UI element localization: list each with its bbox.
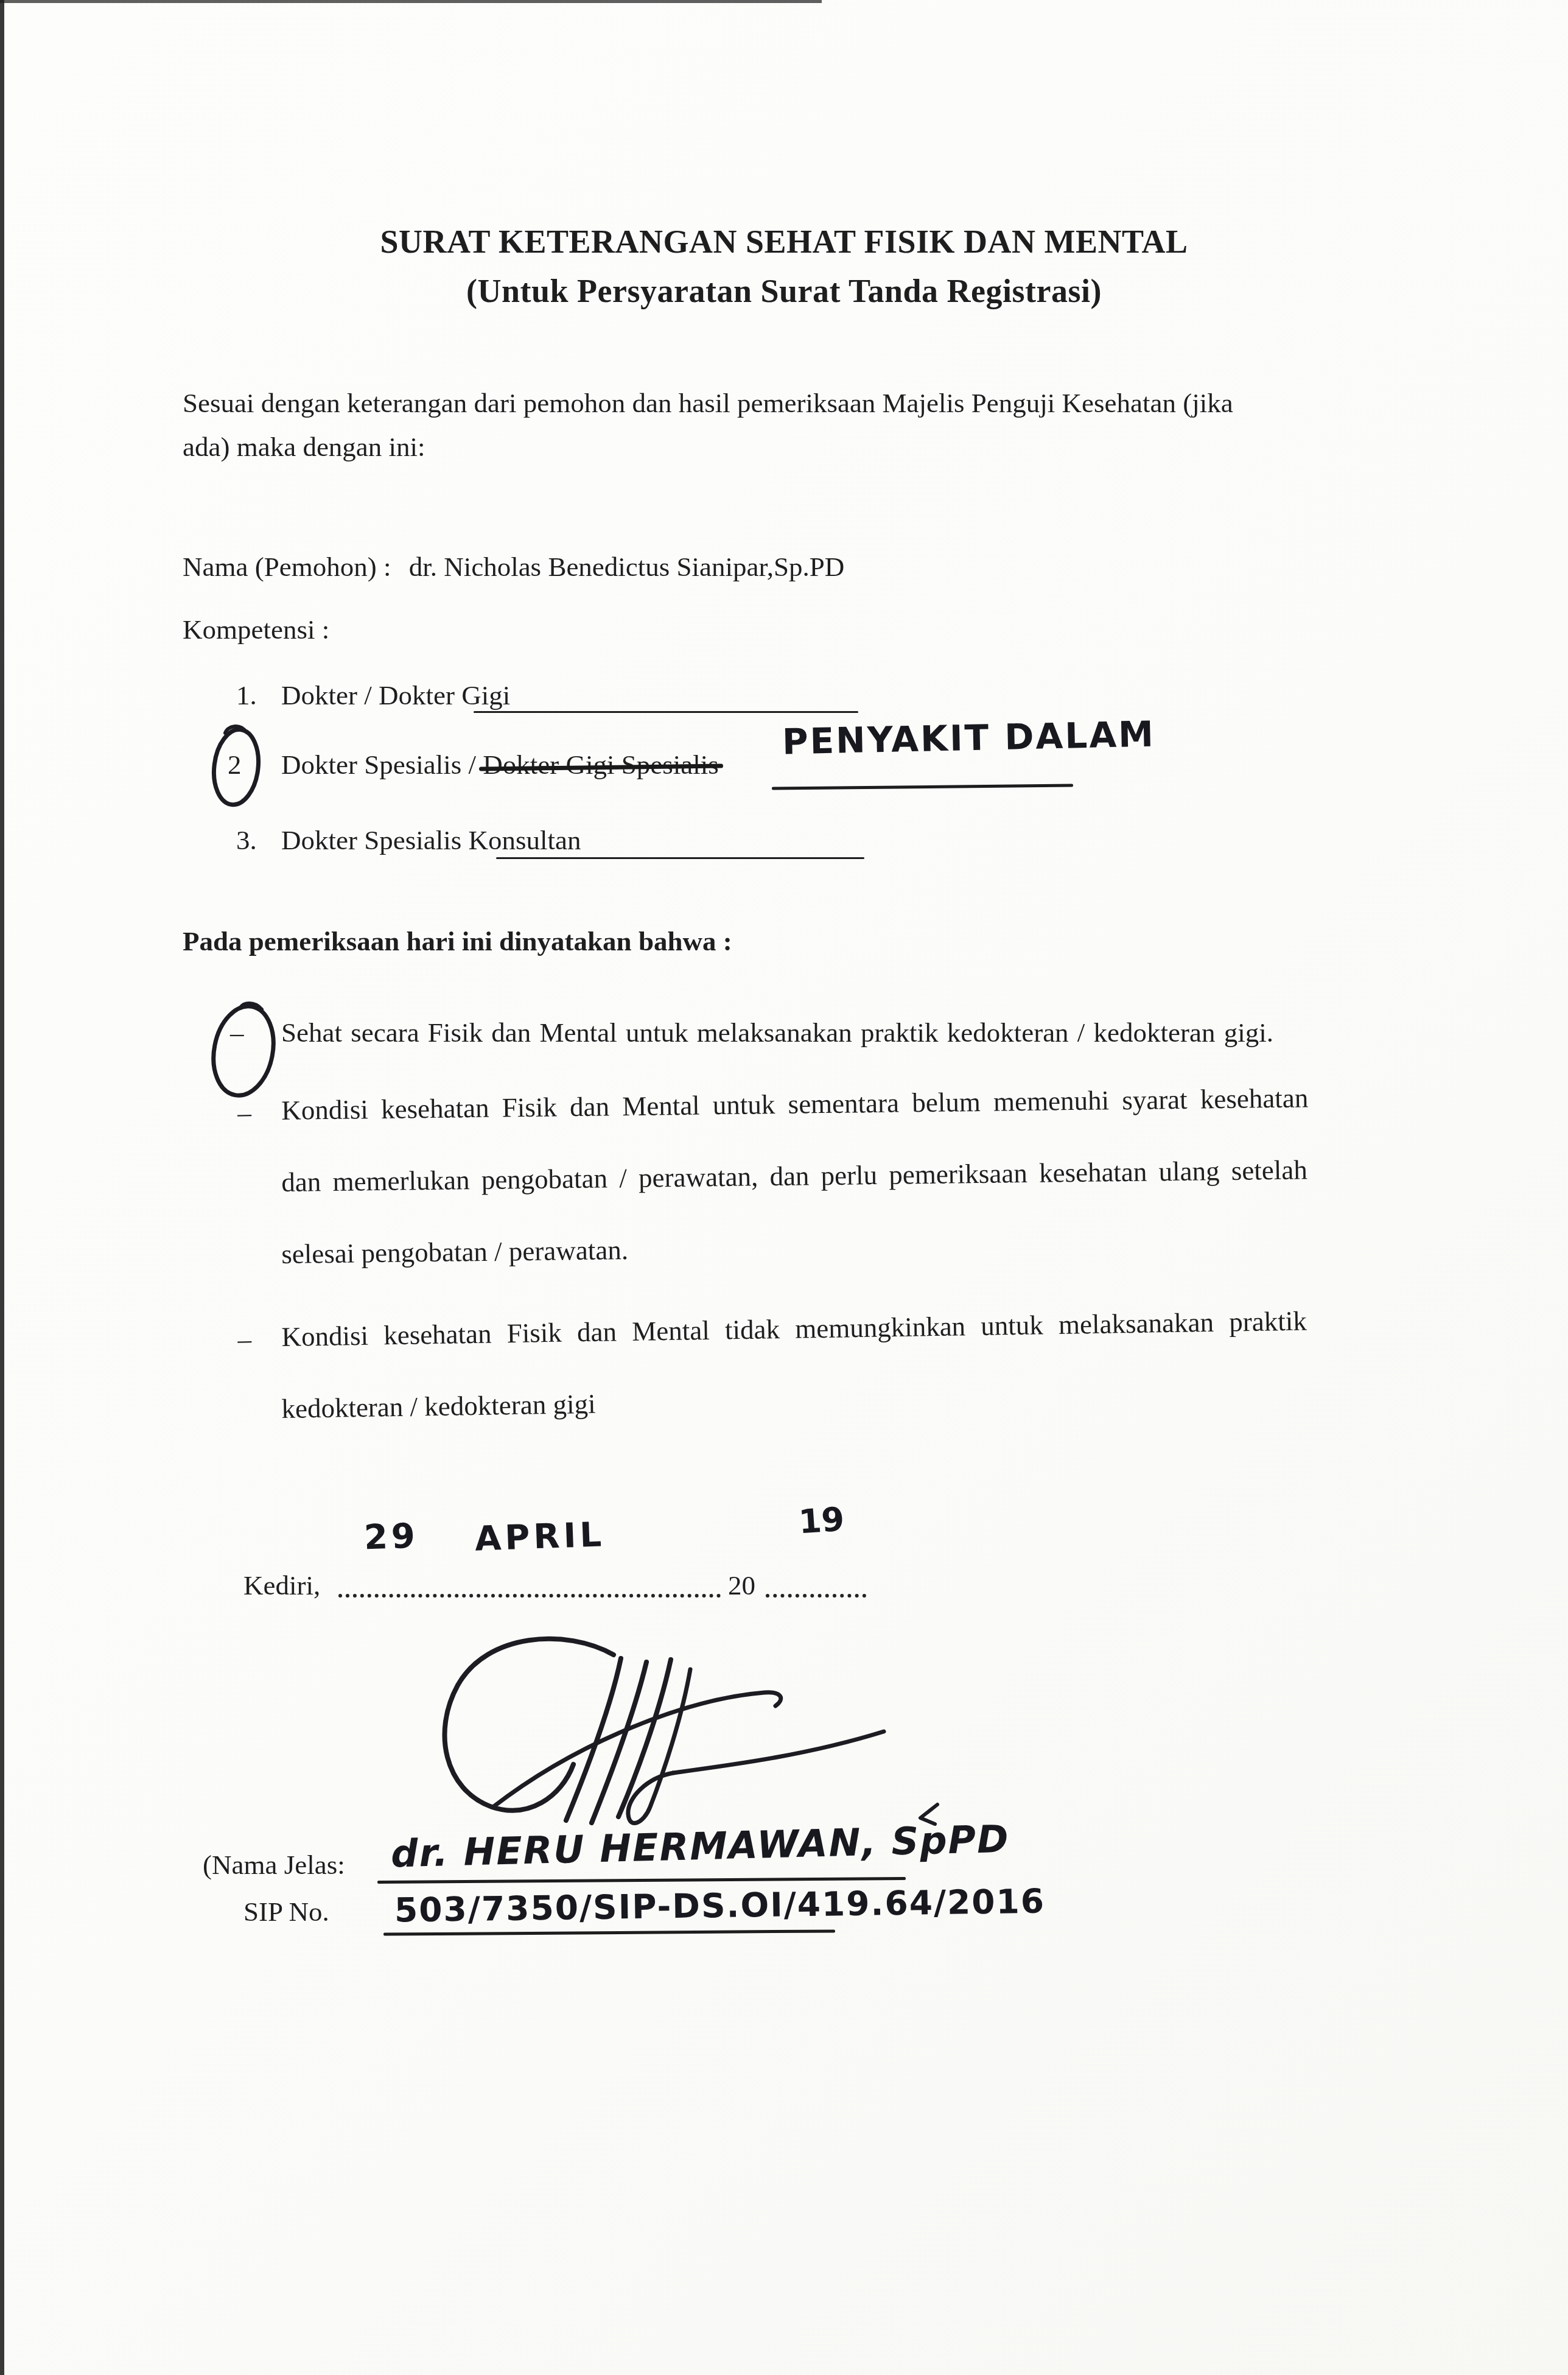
date-city-label: Kediri, <box>243 1568 320 1602</box>
statement-1-dash: – <box>230 1016 244 1050</box>
handwritten-day: 29 <box>363 1516 419 1557</box>
kompetensi-label: Kompetensi : <box>183 612 329 647</box>
document-subtitle: (Untuk Persyaratan Surat Tanda Registras… <box>0 272 1568 310</box>
kompetensi-item-2-blank-line <box>772 784 1073 790</box>
kompetensi-item-2-label: Dokter Spesialis / Dokter Gigi Spesialis <box>281 748 719 782</box>
scan-top-edge-artifact <box>0 0 822 3</box>
applicant-row: Nama (Pemohon) : dr. Nicholas Benedictus… <box>183 550 844 584</box>
signer-name-underline <box>377 1877 906 1884</box>
handwritten-year: 19 <box>797 1500 845 1541</box>
statement-heading: Pada pemeriksaan hari ini dinyatakan bah… <box>183 924 732 958</box>
kompetensi-item-1-number: 1. <box>236 678 257 712</box>
date-year-dotted-line <box>766 1594 866 1598</box>
kompetensi-item-2-label-prefix: Dokter Spesialis / <box>281 749 483 780</box>
statement-2-line-2: dan memerlukan pengobatan / perawatan, d… <box>281 1152 1307 1199</box>
sip-underline <box>383 1929 835 1935</box>
document-title: SURAT KETERANGAN SEHAT FISIK DAN MENTAL <box>0 223 1568 261</box>
scan-left-edge-artifact <box>0 0 4 2375</box>
statement-2-dash: – <box>237 1096 251 1131</box>
signature-scribble <box>420 1627 895 1840</box>
handwritten-month: APRIL <box>474 1515 606 1559</box>
handwritten-circle-around-dash <box>208 998 281 1102</box>
statement-3-line-1: Kondisi kesehatan Fisik dan Mental tidak… <box>281 1304 1307 1355</box>
handwritten-specialty-value: PENYAKIT DALAM <box>782 714 1155 763</box>
handwritten-circle-around-number-2 <box>201 722 274 813</box>
date-dotted-line <box>338 1594 721 1598</box>
statement-3-line-2: kedokteran / kedokteran gigi <box>281 1387 596 1426</box>
kompetensi-item-1-blank-line <box>474 711 858 713</box>
kompetensi-item-3-label: Dokter Spesialis Konsultan <box>281 823 581 857</box>
statement-3-dash: – <box>237 1322 251 1357</box>
statement-2-line-3: selesai pengobatan / perawatan. <box>281 1233 628 1271</box>
kompetensi-item-2-label-struck: Dokter Gigi Spesialis <box>483 748 718 782</box>
date-century-label: 20 <box>728 1568 755 1602</box>
sip-label: SIP No. <box>243 1895 329 1929</box>
kompetensi-item-3-number: 3. <box>236 823 257 857</box>
kompetensi-item-3-blank-line <box>496 857 864 859</box>
signer-name-label: (Nama Jelas: <box>203 1848 345 1882</box>
intro-paragraph-line-1: Sesuai dengan keterangan dari pemohon da… <box>183 386 1233 420</box>
applicant-label: Nama (Pemohon) : <box>183 552 391 582</box>
statement-2-line-1: Kondisi kesehatan Fisik dan Mental untuk… <box>281 1081 1309 1128</box>
handwritten-tick-mark <box>911 1800 947 1836</box>
statement-1-line-1: Sehat secara Fisik dan Mental untuk mela… <box>281 1016 1273 1050</box>
handwritten-sip-number: 503/7350/SIP-DS.OI/419.64/2016 <box>394 1882 1046 1930</box>
applicant-name: dr. Nicholas Benedictus Sianipar,Sp.PD <box>409 552 845 582</box>
intro-paragraph-line-2: ada) maka dengan ini: <box>183 430 425 464</box>
kompetensi-item-1-label: Dokter / Dokter Gigi <box>281 678 510 712</box>
scanned-letter-page: SURAT KETERANGAN SEHAT FISIK DAN MENTAL … <box>0 0 1568 2375</box>
